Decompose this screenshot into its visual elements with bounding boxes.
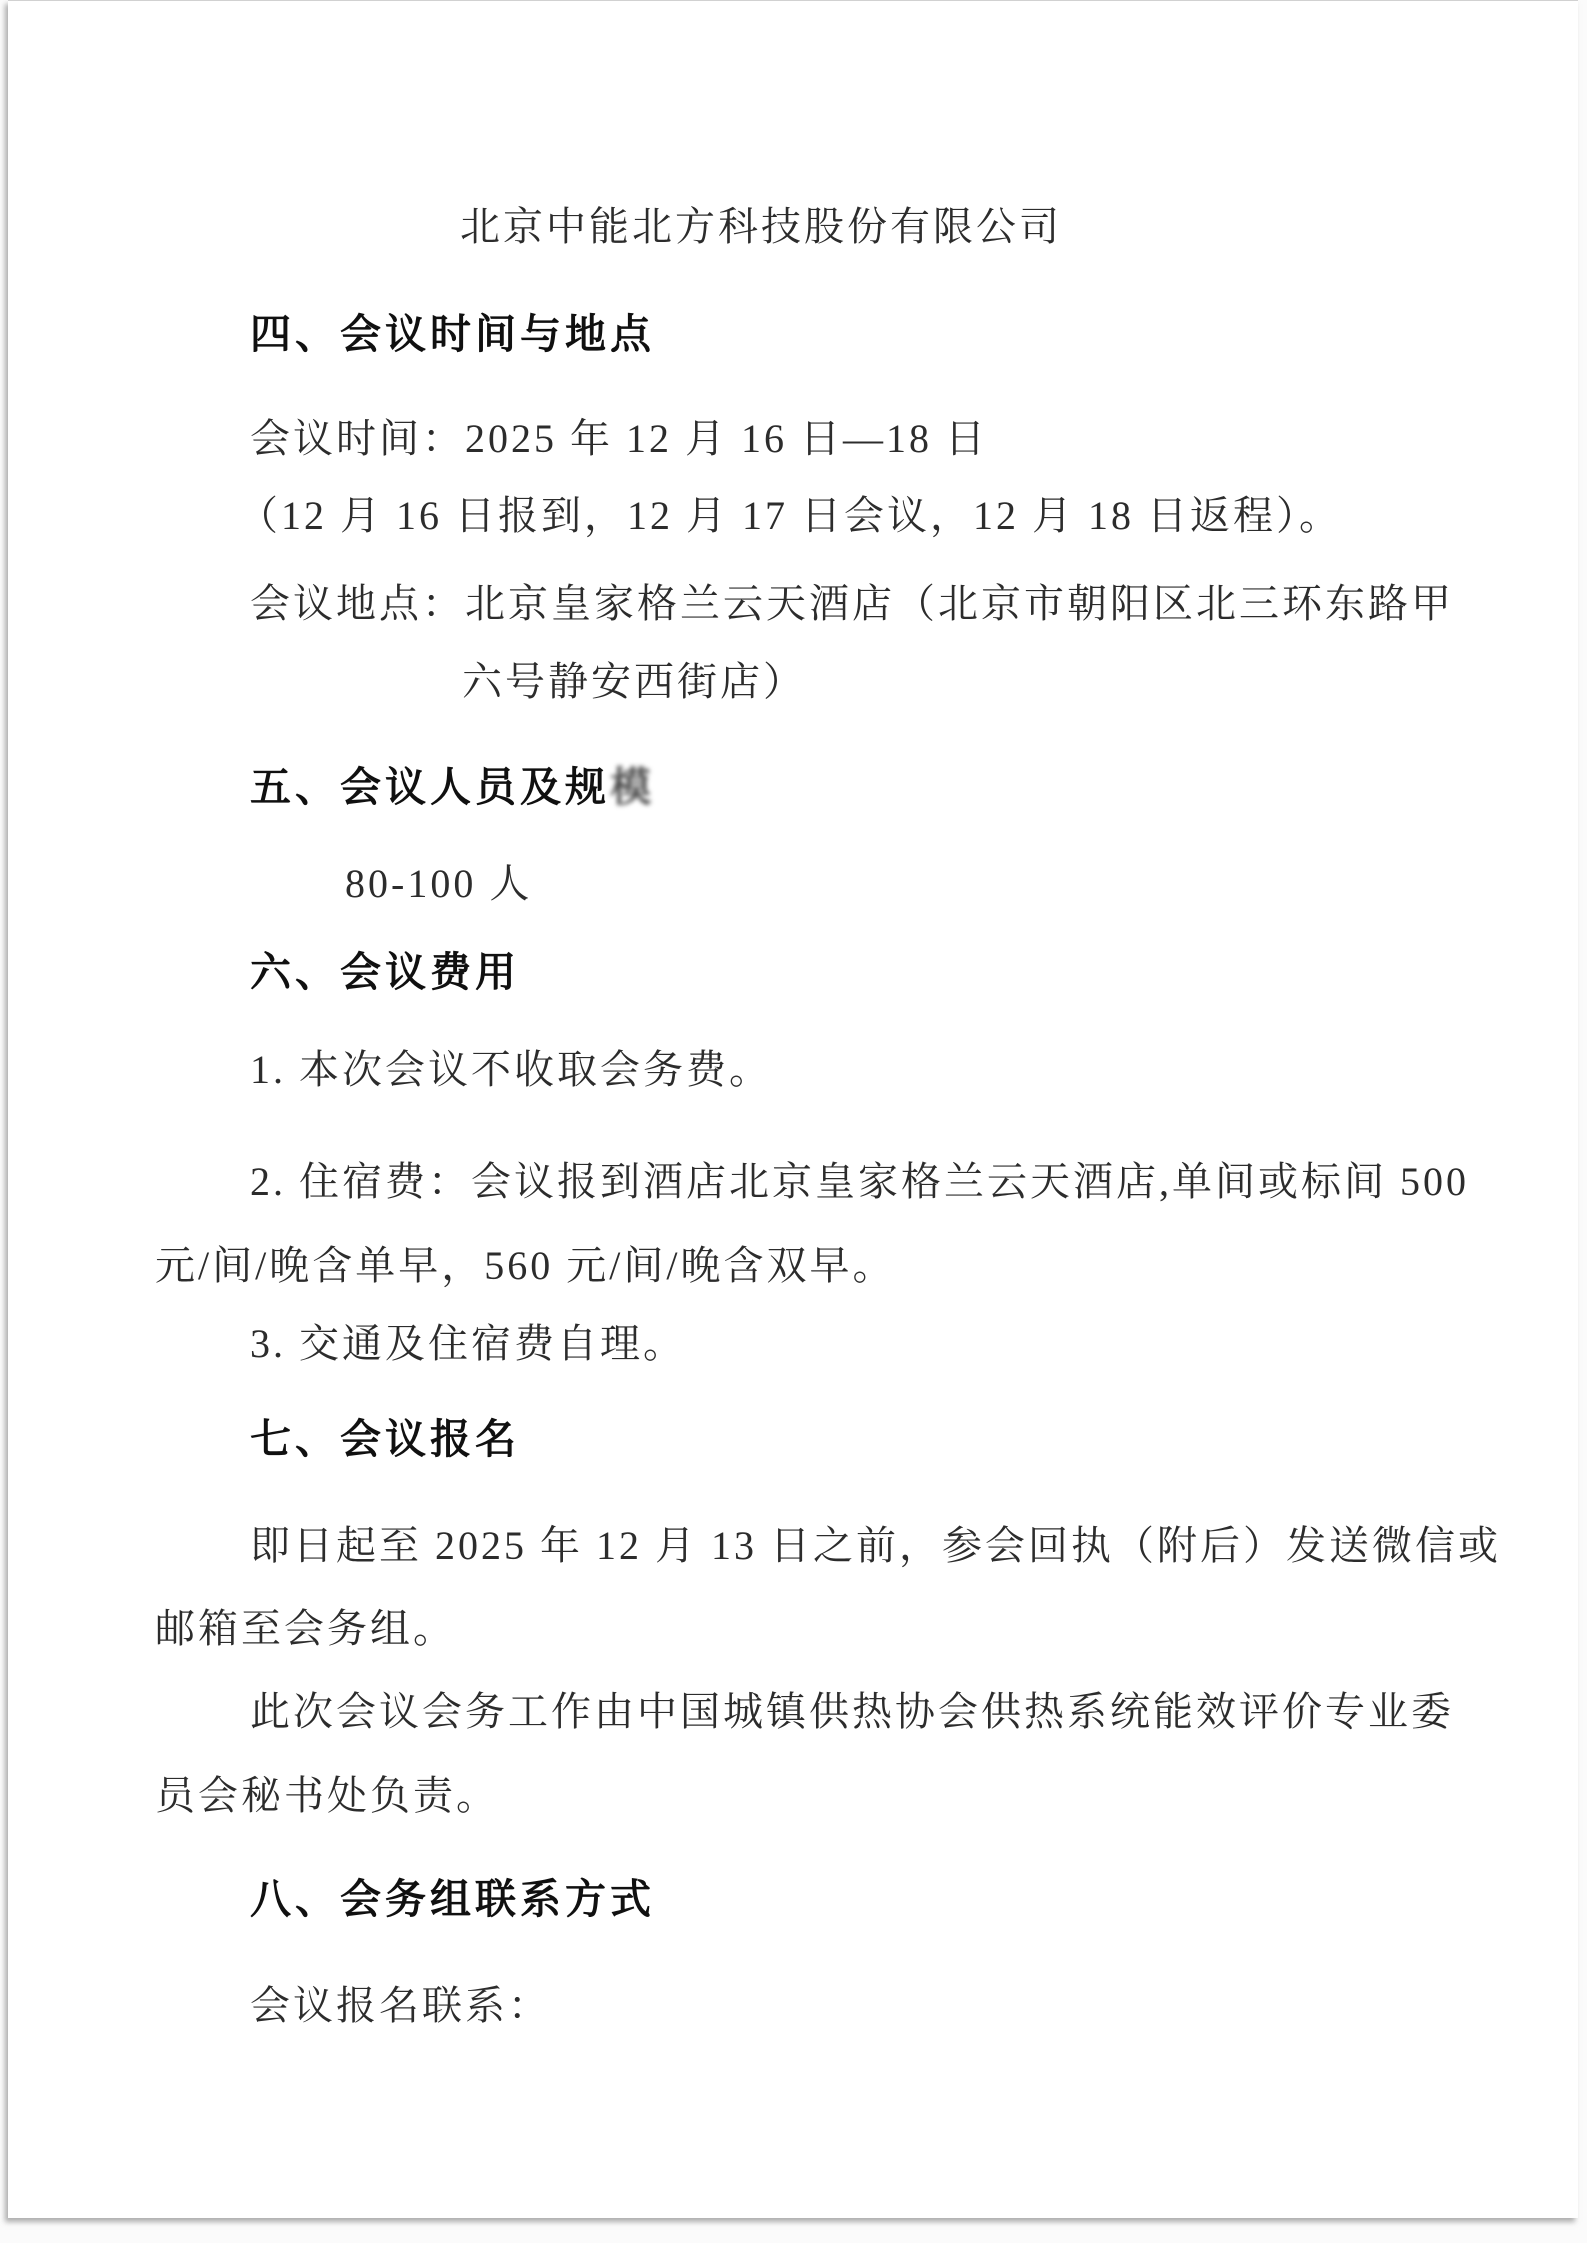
section-heading-attendees: 五、会议人员及规模	[250, 763, 655, 812]
section-heading-registration: 七、会议报名	[250, 1415, 520, 1464]
fees-item-3: 3. 交通及住宿费自理。	[250, 1320, 686, 1368]
registration-para-2-line-1: 此次会议会务工作由中国城镇供热协会供热系统能效评价专业委	[250, 1688, 1454, 1736]
fees-item-1: 1. 本次会议不收取会务费。	[250, 1046, 772, 1094]
fees-item-2-line-2: 元/间/晚含单早，560 元/间/晚含双早。	[155, 1242, 895, 1290]
section-heading-time-location: 四、会议时间与地点	[250, 310, 655, 359]
registration-para-2-line-2: 员会秘书处负责。	[155, 1772, 499, 1820]
document-page	[8, 0, 1578, 2218]
attendee-scale-line: 80-100 人	[345, 860, 532, 908]
meeting-venue-line-2: 六号静安西街店）	[462, 658, 806, 706]
registration-para-1-line-1: 即日起至 2025 年 12 月 13 日之前，参会回执（附后）发送微信或	[250, 1522, 1501, 1570]
section-heading-fees: 六、会议费用	[250, 948, 520, 997]
meeting-time-line: 会议时间：2025 年 12 月 16 日—18 日	[250, 415, 988, 463]
fees-item-2-line-1: 2. 住宿费：会议报到酒店北京皇家格兰云天酒店,单间或标间 500	[250, 1158, 1469, 1206]
attendees-heading-text: 五、会议人员及规	[250, 764, 610, 810]
registration-contact-line: 会议报名联系：	[250, 1982, 551, 2030]
section-heading-contact: 八、会务组联系方式	[250, 1875, 655, 1924]
registration-para-1-line-2: 邮箱至会务组。	[155, 1605, 456, 1653]
attendees-heading-blurred-char: 模	[610, 764, 655, 810]
meeting-venue-line-1: 会议地点：北京皇家格兰云天酒店（北京市朝阳区北三环东路甲	[250, 580, 1454, 628]
meeting-time-note-line: （12 月 16 日报到，12 月 17 日会议，12 月 18 日返程）。	[238, 492, 1342, 540]
company-signature: 北京中能北方科技股份有限公司	[460, 203, 1062, 251]
scanned-document: 北京中能北方科技股份有限公司 四、会议时间与地点 会议时间：2025 年 12 …	[0, 0, 1587, 2243]
